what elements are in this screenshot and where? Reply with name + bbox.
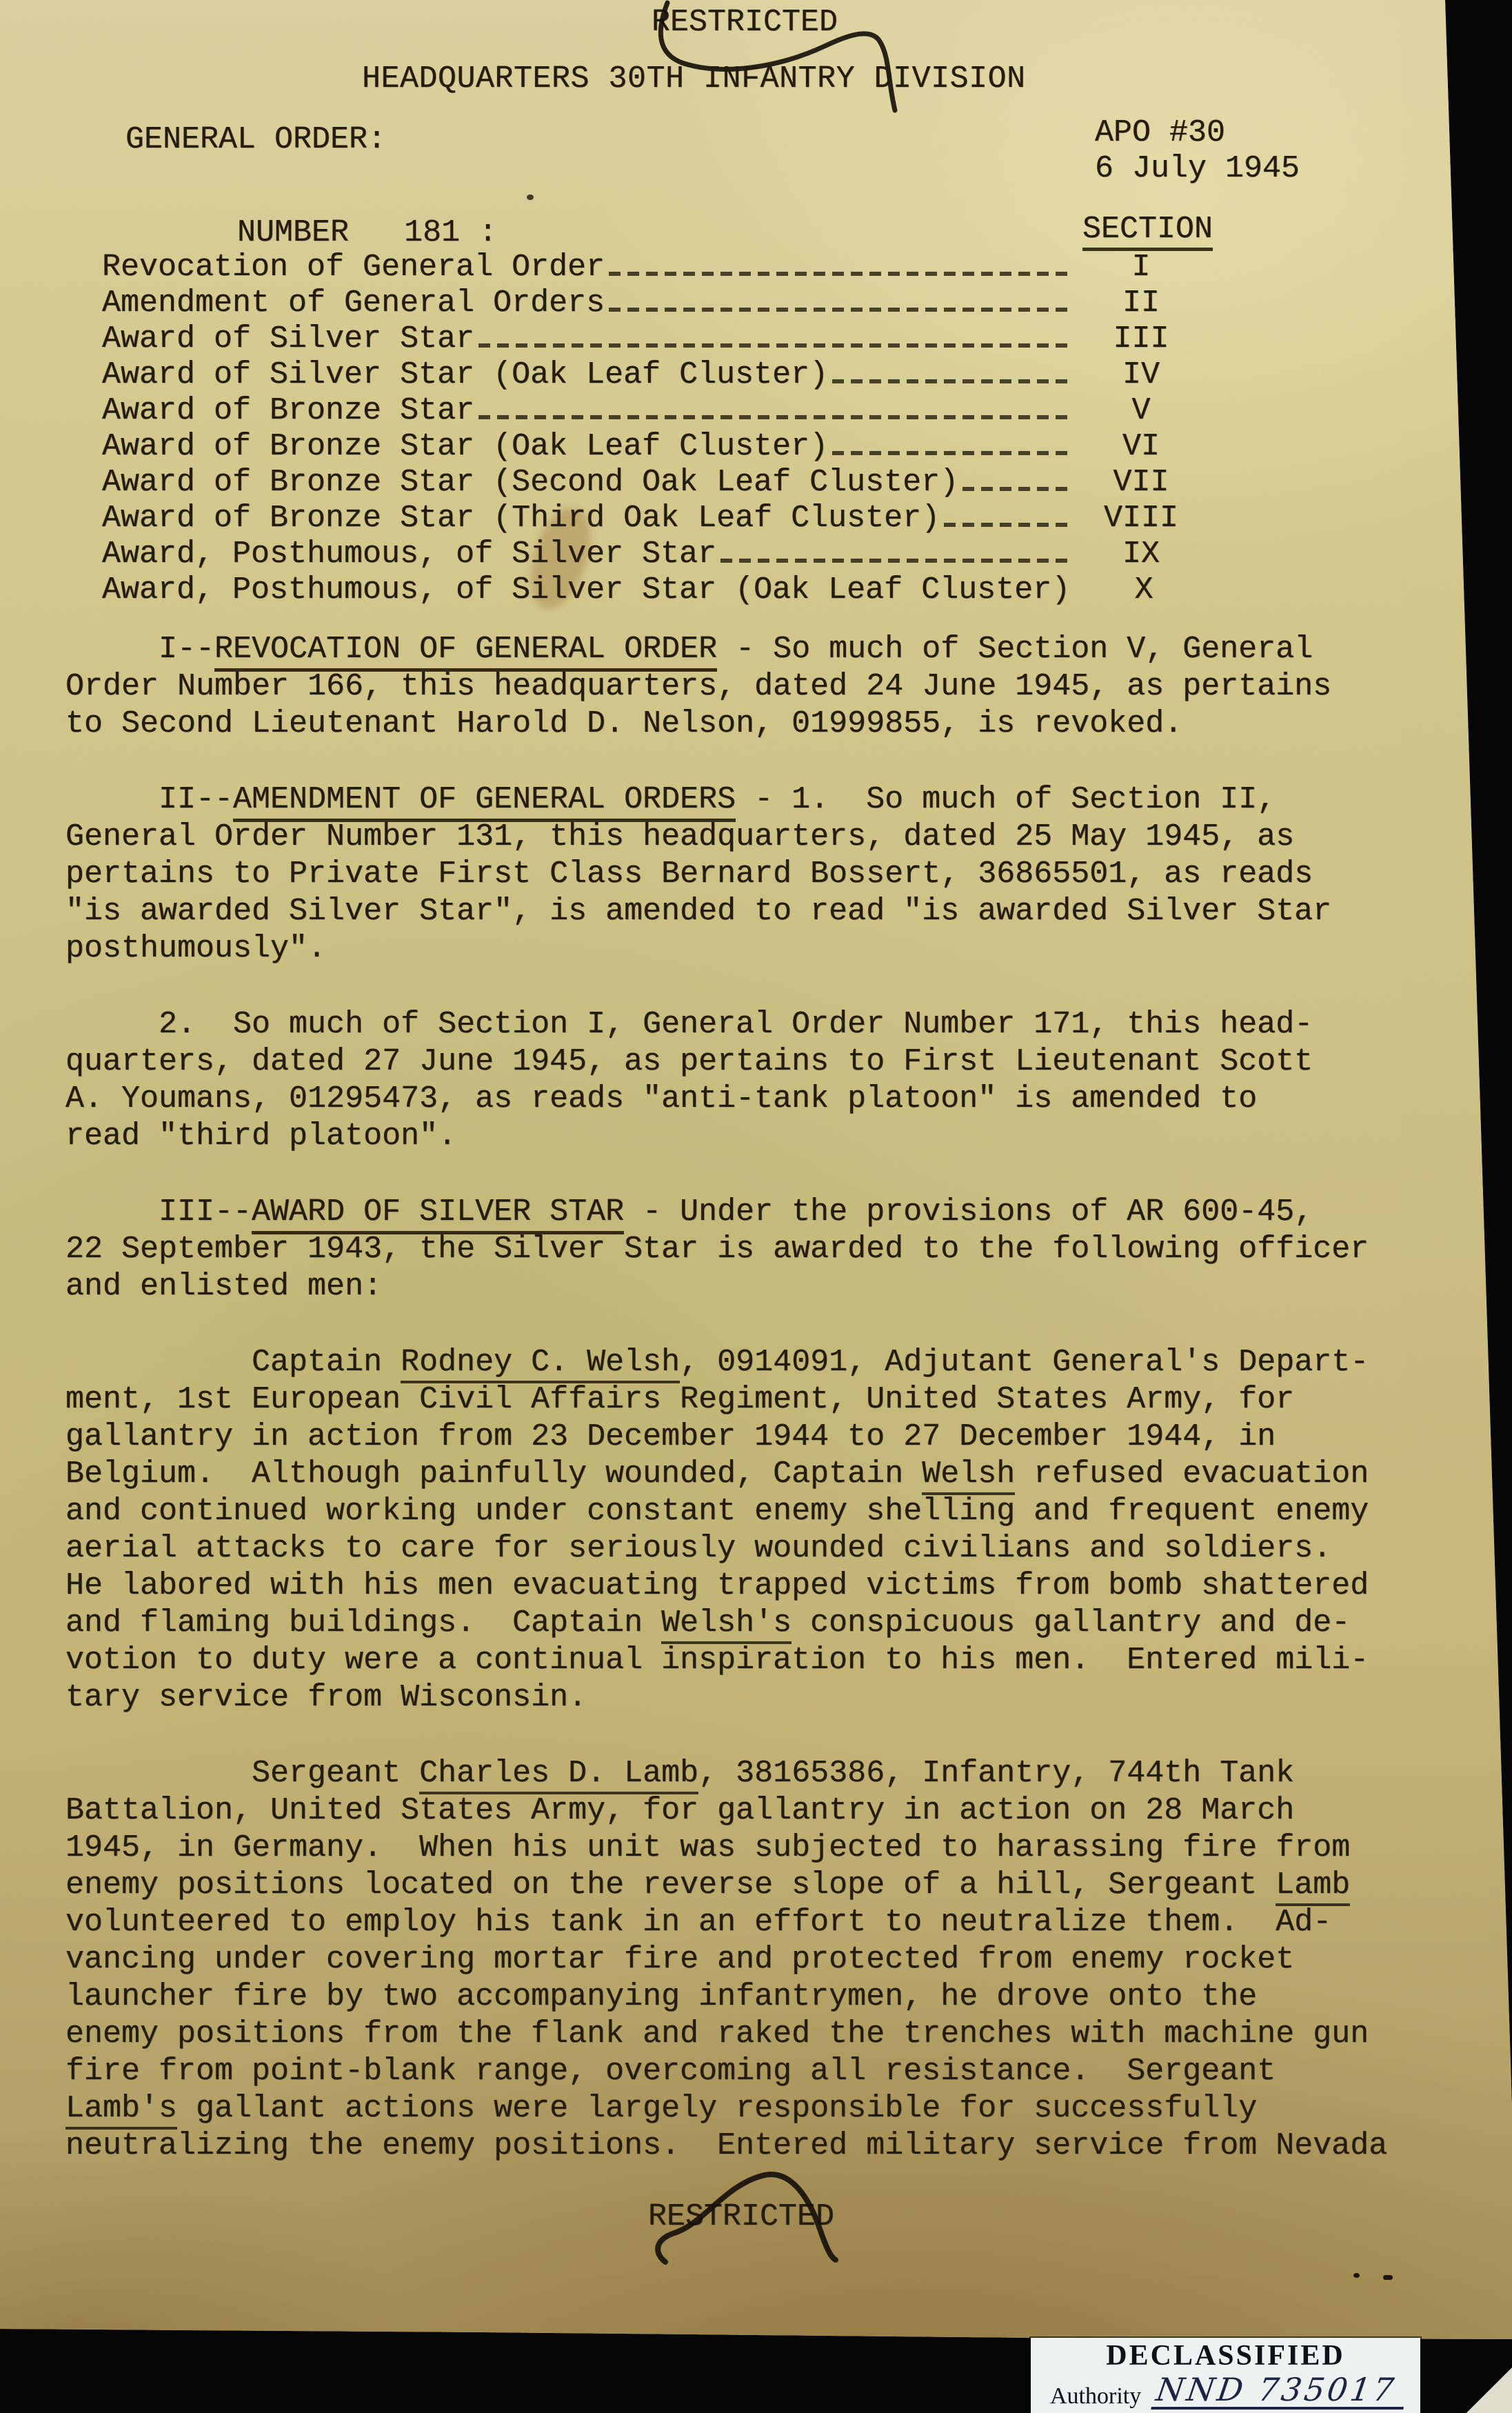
order-paragraph: Captain Rodney C. Welsh, 0914091, Adjuta… bbox=[65, 1344, 1486, 1716]
typed-text: gallantry in action from 23 December 194… bbox=[65, 1419, 1276, 1454]
toc-section-numeral: X bbox=[1081, 572, 1207, 608]
order-body-text: I--REVOCATION OF GENERAL ORDER - So much… bbox=[65, 631, 1486, 2165]
toc-dash-leader bbox=[832, 379, 1069, 383]
underlined-section-title: AWARD OF SILVER STAR bbox=[252, 1194, 624, 1234]
typed-line: read "third platoon". bbox=[65, 1118, 1486, 1155]
toc-entry-label: Revocation of General Order bbox=[102, 250, 605, 286]
toc-row: Award of Bronze Star (Oak Leaf Cluster)V… bbox=[102, 429, 1207, 465]
typed-text: - So much of Section V, General bbox=[717, 632, 1313, 667]
toc-entry-label: Award of Bronze Star bbox=[102, 393, 474, 429]
toc-dash-leader bbox=[609, 272, 1069, 276]
typed-line: fire from point-blank range, overcoming … bbox=[65, 2053, 1486, 2090]
toc-section-numeral: VII bbox=[1076, 465, 1207, 501]
table-of-contents: Revocation of General OrderIAmendment of… bbox=[102, 250, 1207, 608]
order-paragraph: 2. So much of Section I, General Order N… bbox=[65, 1006, 1486, 1155]
toc-section-numeral: VI bbox=[1076, 429, 1207, 465]
order-paragraph: Sergeant Charles D. Lamb, 38165386, Infa… bbox=[65, 1755, 1486, 2165]
toc-entry-label: Award, Posthumous, of Silver Star (Oak L… bbox=[102, 572, 1070, 608]
typed-text: III-- bbox=[65, 1194, 252, 1230]
toc-dash-leader bbox=[478, 343, 1069, 348]
typed-text: neutralizing the enemy positions. Entere… bbox=[65, 2128, 1387, 2163]
underlined-name: Welsh bbox=[922, 1456, 1015, 1495]
toc-entry-label: Award of Silver Star bbox=[102, 321, 474, 357]
toc-row: Award, Posthumous, of Silver StarIX bbox=[102, 537, 1207, 572]
typed-text: He labored with his men evacuating trapp… bbox=[65, 1568, 1369, 1603]
order-number-label: NUMBER bbox=[237, 215, 349, 250]
toc-section-numeral: I bbox=[1076, 250, 1207, 286]
toc-entry-label: Award of Silver Star (Oak Leaf Cluster) bbox=[102, 357, 828, 393]
typed-text: Captain bbox=[65, 1345, 401, 1380]
typed-line: gallantry in action from 23 December 194… bbox=[65, 1419, 1486, 1456]
underlined-name: Charles D. Lamb bbox=[419, 1756, 698, 1794]
typed-line: 22 September 1943, the Silver Star is aw… bbox=[65, 1231, 1486, 1268]
typed-text: ment, 1st European Civil Affairs Regimen… bbox=[65, 1382, 1294, 1417]
toc-row: Revocation of General OrderI bbox=[102, 250, 1207, 286]
typed-line: and enlisted men: bbox=[65, 1268, 1486, 1305]
typed-text: refused evacuation bbox=[1015, 1456, 1369, 1492]
typed-line: and continued working under constant ene… bbox=[65, 1493, 1486, 1530]
typed-text: volunteered to employ his tank in an eff… bbox=[65, 1905, 1331, 1940]
toc-section-numeral: IX bbox=[1076, 537, 1207, 572]
typed-line: Captain Rodney C. Welsh, 0914091, Adjuta… bbox=[65, 1344, 1486, 1381]
typed-text: Battalion, United States Army, for galla… bbox=[65, 1793, 1294, 1828]
underlined-section-title: AMENDMENT OF GENERAL ORDERS bbox=[233, 782, 736, 822]
toc-dash-leader bbox=[962, 487, 1069, 491]
typed-text: I-- bbox=[65, 632, 214, 667]
headquarters-title: HEADQUARTERS 30TH INFANTRY DIVISION bbox=[362, 63, 1026, 94]
toc-section-numeral: IV bbox=[1076, 357, 1207, 393]
typed-text: and enlisted men: bbox=[65, 1269, 382, 1304]
typed-line: pertains to Private First Class Bernard … bbox=[65, 856, 1486, 893]
typed-text: Sergeant bbox=[65, 1756, 419, 1791]
typed-text: "is awarded Silver Star", is amended to … bbox=[65, 894, 1331, 929]
toc-row: Award of Silver Star (Oak Leaf Cluster)I… bbox=[102, 357, 1207, 393]
toc-entry-label: Award of Bronze Star (Second Oak Leaf Cl… bbox=[102, 465, 958, 501]
document-page: RESTRICTED HEADQUARTERS 30TH INFANTRY DI… bbox=[0, 0, 1512, 2413]
authority-handwritten-number: NND 735017 bbox=[1151, 2374, 1409, 2410]
toc-dash-leader bbox=[832, 451, 1069, 455]
typed-line: tary service from Wisconsin. bbox=[65, 1679, 1486, 1716]
scan-corner-artifact bbox=[1462, 2367, 1512, 2413]
underlined-name: Rodney C. Welsh bbox=[401, 1345, 680, 1383]
typed-text: fire from point-blank range, overcoming … bbox=[65, 2054, 1276, 2089]
toc-section-numeral: VIII bbox=[1076, 501, 1207, 537]
typed-text: vancing under covering mortar fire and p… bbox=[65, 1942, 1294, 1977]
typed-text: - Under the provisions of AR 600-45, bbox=[624, 1194, 1313, 1230]
general-order-label: GENERAL ORDER: bbox=[125, 124, 386, 155]
scan-background: RESTRICTED HEADQUARTERS 30TH INFANTRY DI… bbox=[0, 0, 1512, 2413]
toc-dash-leader bbox=[720, 559, 1069, 563]
toc-section-numeral: II bbox=[1076, 286, 1207, 321]
toc-dash-leader bbox=[609, 308, 1069, 312]
typed-line: aerial attacks to care for seriously wou… bbox=[65, 1530, 1486, 1568]
typed-line: launcher fire by two accompanying infant… bbox=[65, 1979, 1486, 2016]
typed-line: Belgium. Although painfully wounded, Cap… bbox=[65, 1456, 1486, 1493]
order-number-value: 181 : bbox=[404, 215, 497, 250]
toc-entry-label: Award of Bronze Star (Oak Leaf Cluster) bbox=[102, 429, 828, 465]
typed-text: pertains to Private First Class Bernard … bbox=[65, 857, 1313, 892]
typed-line: Battalion, United States Army, for galla… bbox=[65, 1792, 1486, 1830]
typed-text: II-- bbox=[65, 782, 233, 817]
ink-speck bbox=[1353, 2273, 1360, 2278]
typed-line: II--AMENDMENT OF GENERAL ORDERS - 1. So … bbox=[65, 781, 1486, 819]
typed-line: III--AWARD OF SILVER STAR - Under the pr… bbox=[65, 1194, 1486, 1231]
toc-section-numeral: III bbox=[1076, 321, 1207, 357]
toc-row: Award, Posthumous, of Silver Star (Oak L… bbox=[102, 572, 1207, 608]
typed-line: "is awarded Silver Star", is amended to … bbox=[65, 893, 1486, 930]
declassified-stamp: DECLASSIFIED Authority NND 735017 bbox=[1031, 2338, 1420, 2413]
underlined-name: Lamb bbox=[1276, 1868, 1350, 1906]
declassified-stamp-title: DECLASSIFIED bbox=[1031, 2339, 1420, 2372]
typed-text: 2. So much of Section I, General Order N… bbox=[65, 1007, 1313, 1042]
typed-text: votion to duty were a continual inspirat… bbox=[65, 1643, 1369, 1678]
typed-text: - 1. So much of Section II, bbox=[736, 782, 1276, 817]
order-paragraph: II--AMENDMENT OF GENERAL ORDERS - 1. So … bbox=[65, 781, 1486, 968]
toc-section-numeral: V bbox=[1076, 393, 1207, 429]
ink-speck bbox=[1383, 2275, 1393, 2280]
underlined-name: Welsh's bbox=[661, 1605, 792, 1644]
typed-text: 1945, in Germany. When his unit was subj… bbox=[65, 1830, 1350, 1865]
typed-line: A. Youmans, 01295473, as reads "anti-tan… bbox=[65, 1081, 1486, 1118]
toc-entry-label: Award of Bronze Star (Third Oak Leaf Clu… bbox=[102, 501, 940, 537]
order-paragraph: III--AWARD OF SILVER STAR - Under the pr… bbox=[65, 1194, 1486, 1305]
toc-row: Award of Bronze Star (Second Oak Leaf Cl… bbox=[102, 465, 1207, 501]
typed-text: posthumously". bbox=[65, 931, 326, 966]
typed-text: tary service from Wisconsin. bbox=[65, 1680, 587, 1715]
typed-text: and continued working under constant ene… bbox=[65, 1494, 1369, 1529]
typed-line: enemy positions from the flank and raked… bbox=[65, 2016, 1486, 2053]
section-column-header: SECTION bbox=[1082, 214, 1213, 251]
ink-speck bbox=[527, 194, 534, 200]
typed-text: , 0914091, Adjutant General's Depart- bbox=[680, 1345, 1369, 1380]
typed-text: Belgium. Although painfully wounded, Cap… bbox=[65, 1456, 922, 1492]
typed-line: neutralizing the enemy positions. Entere… bbox=[65, 2127, 1486, 2165]
toc-row: Award of Bronze Star (Third Oak Leaf Clu… bbox=[102, 501, 1207, 537]
typed-text: enemy positions from the flank and raked… bbox=[65, 2016, 1369, 2052]
typed-line: volunteered to employ his tank in an eff… bbox=[65, 1904, 1486, 1941]
toc-row: Award of Silver StarIII bbox=[102, 321, 1207, 357]
typed-text: quarters, dated 27 June 1945, as pertain… bbox=[65, 1044, 1313, 1079]
underlined-section-title: REVOCATION OF GENERAL ORDER bbox=[214, 632, 717, 672]
typed-line: 1945, in Germany. When his unit was subj… bbox=[65, 1830, 1486, 1867]
toc-entry-label: Amendment of General Orders bbox=[102, 286, 605, 321]
typed-line: enemy positions located on the reverse s… bbox=[65, 1867, 1486, 1904]
authority-label: Authority bbox=[1050, 2383, 1141, 2410]
typed-text: launcher fire by two accompanying infant… bbox=[65, 1979, 1257, 2014]
typed-text: aerial attacks to care for seriously wou… bbox=[65, 1531, 1331, 1566]
typed-text: 22 September 1943, the Silver Star is aw… bbox=[65, 1232, 1369, 1267]
declassified-authority-row: Authority NND 735017 bbox=[1031, 2374, 1420, 2410]
typed-text: and flaming buildings. Captain bbox=[65, 1605, 661, 1641]
typed-line: posthumously". bbox=[65, 930, 1486, 968]
typed-line: Order Number 166, this headquarters, dat… bbox=[65, 668, 1486, 705]
classification-header: RESTRICTED bbox=[652, 7, 838, 38]
order-date: 6 July 1945 bbox=[1095, 153, 1300, 184]
toc-row: Award of Bronze StarV bbox=[102, 393, 1207, 429]
typed-text: gallant actions were largely responsible… bbox=[177, 2091, 1257, 2126]
typed-line: votion to duty were a continual inspirat… bbox=[65, 1642, 1486, 1679]
order-paragraph: I--REVOCATION OF GENERAL ORDER - So much… bbox=[65, 631, 1486, 743]
typed-line: vancing under covering mortar fire and p… bbox=[65, 1941, 1486, 1979]
typed-text: conspicuous gallantry and de- bbox=[792, 1605, 1350, 1641]
typed-text: , 38165386, Infantry, 744th Tank bbox=[698, 1756, 1294, 1791]
toc-dash-leader bbox=[478, 415, 1069, 419]
typed-text: Order Number 166, this headquarters, dat… bbox=[65, 669, 1331, 704]
typed-text: A. Youmans, 01295473, as reads "anti-tan… bbox=[65, 1081, 1257, 1117]
typed-text: General Order Number 131, this headquart… bbox=[65, 819, 1294, 854]
toc-dash-leader bbox=[944, 523, 1069, 527]
typed-line: He labored with his men evacuating trapp… bbox=[65, 1568, 1486, 1605]
typed-line: and flaming buildings. Captain Welsh's c… bbox=[65, 1605, 1486, 1642]
toc-entry-label: Award, Posthumous, of Silver Star bbox=[102, 537, 716, 572]
typed-line: to Second Lieutenant Harold D. Nelson, 0… bbox=[65, 705, 1486, 743]
typed-line: ment, 1st European Civil Affairs Regimen… bbox=[65, 1381, 1486, 1419]
underlined-name: Lamb's bbox=[65, 2091, 177, 2130]
toc-row: Amendment of General OrdersII bbox=[102, 286, 1207, 321]
typed-line: 2. So much of Section I, General Order N… bbox=[65, 1006, 1486, 1043]
typed-line: Sergeant Charles D. Lamb, 38165386, Infa… bbox=[65, 1755, 1486, 1792]
apo-number: APO #30 bbox=[1095, 117, 1225, 148]
typed-text: read "third platoon". bbox=[65, 1119, 456, 1154]
typed-text: to Second Lieutenant Harold D. Nelson, 0… bbox=[65, 706, 1182, 741]
typed-line: I--REVOCATION OF GENERAL ORDER - So much… bbox=[65, 631, 1486, 668]
typed-text: enemy positions located on the reverse s… bbox=[65, 1868, 1276, 1903]
classification-footer: RESTRICTED bbox=[648, 2201, 834, 2232]
typed-line: General Order Number 131, this headquart… bbox=[65, 819, 1486, 856]
typed-line: Lamb's gallant actions were largely resp… bbox=[65, 2090, 1486, 2127]
typed-line: quarters, dated 27 June 1945, as pertain… bbox=[65, 1043, 1486, 1081]
